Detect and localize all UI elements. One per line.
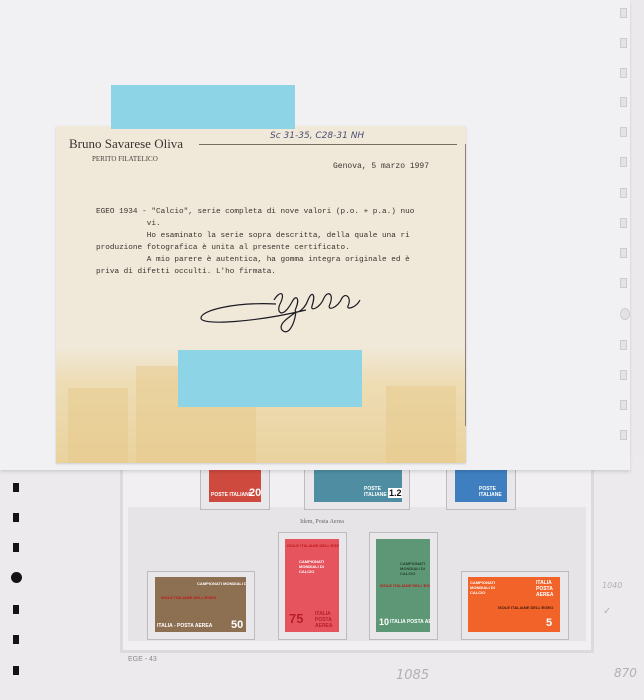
body-line: priva di difetti occulti. L'ho firmata. — [96, 266, 466, 278]
blue-tape-bottom — [178, 350, 362, 407]
sheet-hole — [620, 68, 627, 78]
body-line: A mio parere è autentica, ha gomma integ… — [96, 254, 466, 266]
expertise-certificate: Bruno Savarese Oliva PERITO FILATELICO S… — [56, 126, 466, 463]
sheet-hole — [620, 370, 627, 380]
castle-watermark-tower — [386, 386, 456, 463]
section-label: Idem, Posta Aerea — [0, 519, 644, 525]
sheet-hole — [620, 38, 627, 48]
sheet-hole — [620, 127, 627, 137]
sheet-hole — [620, 157, 627, 167]
sheet-hole — [620, 218, 627, 228]
binder-ring-hole — [11, 572, 22, 583]
blue-tape-top — [111, 85, 295, 129]
page-reference: EGE - 43 — [128, 656, 157, 663]
pencil-price-note: 870 — [614, 666, 637, 680]
binder-hole — [13, 666, 19, 675]
sheet-hole — [620, 248, 627, 258]
pencil-note: 1040 — [602, 581, 622, 590]
letterhead-border — [465, 144, 466, 426]
letterhead-rule — [199, 144, 457, 145]
sheet-hole — [620, 8, 627, 18]
sheet-hole — [620, 278, 627, 288]
binder-hole — [13, 543, 19, 552]
sheet-hole — [620, 400, 627, 410]
certificate-body: EGEO 1934 - "Calcio", serie completa di … — [96, 206, 466, 278]
expert-name: Bruno Savarese Oliva — [69, 136, 183, 152]
sheet-ring-hole — [620, 308, 630, 320]
pencil-checkmark: ✓ — [603, 606, 611, 617]
stamp-airmail-75: ISOLE ITALIANE DELL'EGEO CAMPIONATI MOND… — [285, 539, 339, 632]
binder-hole — [13, 605, 19, 614]
body-line: produzione fotografica è unita al presen… — [96, 242, 466, 254]
sheet-hole — [620, 97, 627, 107]
place-date: Genova, 5 marzo 1997 — [333, 162, 429, 171]
pencil-price-note: 1085 — [396, 668, 429, 683]
binder-hole — [13, 635, 19, 644]
expert-signature — [196, 282, 396, 338]
sheet-hole — [620, 340, 627, 350]
body-line: vi. — [96, 218, 466, 230]
binder-hole — [13, 483, 19, 492]
stamp-airmail-10: CAMPIONATI MONDIALI DI CALCIO ISOLE ITAL… — [376, 539, 430, 632]
expert-title: PERITO FILATELICO — [92, 155, 158, 163]
sheet-hole — [620, 430, 627, 440]
castle-watermark-tower — [68, 388, 128, 463]
stamp-airmail-5: CAMPIONATI MONDIALI DI CALCIO ITALIA POS… — [468, 577, 560, 632]
body-line: EGEO 1934 - "Calcio", serie completa di … — [96, 206, 466, 218]
handwritten-catalog-note: Sc 31-35, C28-31 NH — [270, 131, 364, 141]
body-line: Ho esaminato la serie sopra descritta, d… — [96, 230, 466, 242]
sheet-hole — [620, 188, 627, 198]
stamp-airmail-50: CAMPIONATI MONDIALI DI CALCIO ISOLE ITAL… — [155, 577, 246, 632]
